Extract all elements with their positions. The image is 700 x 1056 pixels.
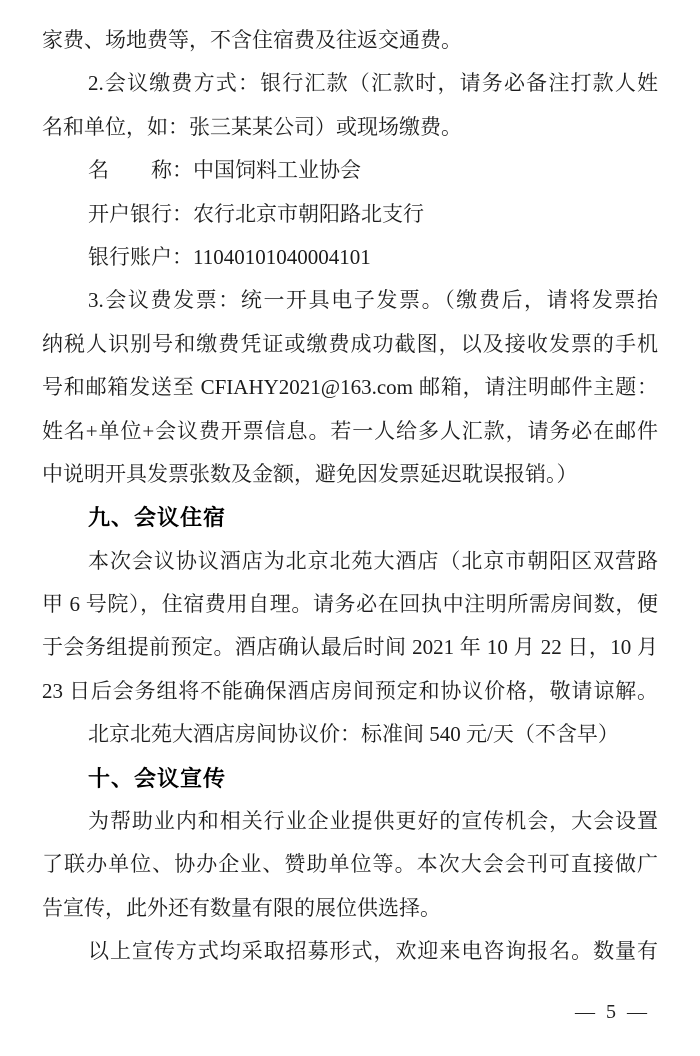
section-heading: 九、会议住宿 — [42, 496, 658, 539]
page-number: — 5 — — [575, 1001, 650, 1024]
text-line: 甲 6 号院），住宿费用自理。请务必在回执中注明所需房间数，便 — [42, 583, 658, 626]
text-line: 家费、场地费等，不含住宿费及往返交通费。 — [42, 19, 658, 62]
text-line: 北京北苑大酒店房间协议价：标准间 540 元/天（不含早） — [42, 713, 658, 756]
text-line: 名 称：中国饲料工业协会 — [42, 149, 658, 192]
text-line: 了联办单位、协办企业、赞助单位等。本次大会会刊可直接做广 — [42, 843, 658, 886]
text-line: 23 日后会务组将不能确保酒店房间预定和协议价格，敬请谅解。 — [42, 670, 658, 713]
document-body: 家费、场地费等，不含住宿费及往返交通费。2.会议缴费方式：银行汇款（汇款时，请务… — [42, 19, 658, 974]
text-line: 号和邮箱发送至 CFIAHY2021@163.com 邮箱，请注明邮件主题： — [42, 366, 658, 409]
text-line: 告宣传，此外还有数量有限的展位供选择。 — [42, 887, 658, 930]
document-page: 家费、场地费等，不含住宿费及往返交通费。2.会议缴费方式：银行汇款（汇款时，请务… — [0, 0, 700, 1056]
text-line: 纳税人识别号和缴费凭证或缴费成功截图，以及接收发票的手机 — [42, 323, 658, 366]
text-line: 3.会议费发票：统一开具电子发票。（缴费后，请将发票抬头、 — [42, 279, 658, 322]
text-line: 银行账户：11040101040004101 — [42, 236, 658, 279]
text-line: 名和单位，如：张三某某公司）或现场缴费。 — [42, 106, 658, 149]
section-heading: 十、会议宣传 — [42, 757, 658, 800]
text-line: 2.会议缴费方式：银行汇款（汇款时，请务必备注打款人姓 — [42, 62, 658, 105]
text-line: 本次会议协议酒店为北京北苑大酒店（北京市朝阳区双营路 — [42, 540, 658, 583]
text-line: 姓名+单位+会议费开票信息。若一人给多人汇款，请务必在邮件 — [42, 410, 658, 453]
text-line: 中说明开具发票张数及金额，避免因发票延迟耽误报销。） — [42, 453, 658, 496]
text-line: 为帮助业内和相关行业企业提供更好的宣传机会，大会设置 — [42, 800, 658, 843]
text-line: 以上宣传方式均采取招募形式，欢迎来电咨询报名。数量有 — [42, 930, 658, 973]
text-line: 开户银行：农行北京市朝阳路北支行 — [42, 193, 658, 236]
text-line: 于会务组提前预定。酒店确认最后时间 2021 年 10 月 22 日，10 月 — [42, 626, 658, 669]
